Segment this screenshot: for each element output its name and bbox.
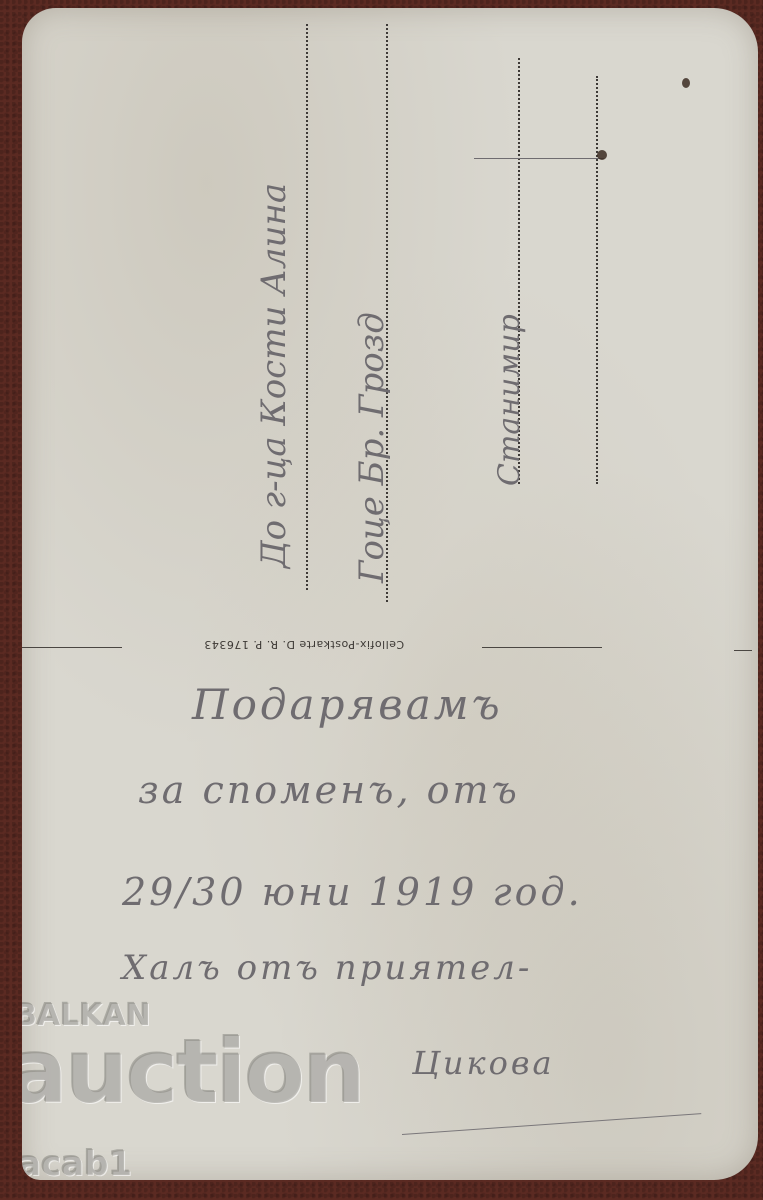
address-street: Гоце Бр. Грозд bbox=[352, 312, 392, 583]
address-city: Станимир bbox=[492, 314, 527, 486]
postcard-back: До г-ца Кости Алина Гоце Бр. Грозд Стани… bbox=[22, 8, 758, 1180]
stamp-corner-line bbox=[474, 158, 604, 159]
message-line-1: Подарявамъ bbox=[192, 680, 503, 729]
address-line-4 bbox=[596, 76, 598, 484]
signature-underline bbox=[402, 1113, 701, 1135]
message-line-4: Халъ отъ приятел- bbox=[122, 948, 532, 988]
watermark-seller: acab1 bbox=[22, 1144, 132, 1180]
watermark-brand-main: auction bbox=[22, 1020, 364, 1123]
address-recipient: До г-ца Кости Алина bbox=[254, 183, 294, 568]
message-signature: Цикова bbox=[412, 1044, 555, 1082]
stain-mark bbox=[597, 150, 607, 160]
address-line-1 bbox=[306, 24, 308, 590]
message-line-3: 29/30 юни 1919 год. bbox=[122, 870, 583, 914]
divider-right-tick bbox=[734, 650, 752, 651]
printed-imprint: Cellofix-Postkarte D. R. P. 176343 bbox=[134, 638, 474, 651]
message-line-2: за споменъ, отъ bbox=[138, 768, 520, 812]
stain-mark bbox=[682, 78, 690, 88]
